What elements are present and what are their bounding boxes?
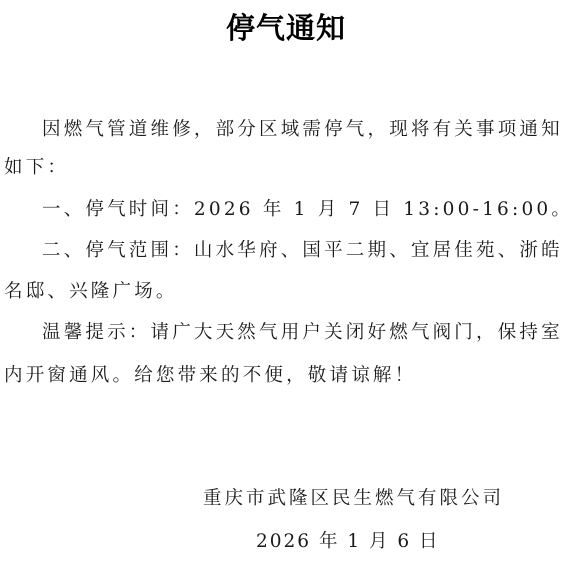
tip-line-2: 内开窗通风。给您带来的不便，敬请谅解！	[4, 363, 416, 389]
intro-line-2: 如下：	[4, 155, 69, 181]
outage-time-line: 一、停气时间：2026 年 1 月 7 日 13:00-16:00。	[42, 197, 572, 223]
outage-scope-line-1: 二、停气范围：山水华府、国平二期、宜居佳苑、浙皓	[42, 238, 563, 264]
company-name: 重庆市武隆区民生燃气有限公司	[203, 486, 504, 512]
tip-line-1: 温馨提示：请广大天然气用户关闭好燃气阀门，保持室	[42, 320, 563, 346]
page-title: 停气通知	[0, 8, 572, 48]
intro-line-1: 因燃气管道维修，部分区域需停气，现将有关事项通知	[42, 117, 563, 143]
signature-date: 2026 年 1 月 6 日	[256, 529, 440, 555]
outage-scope-line-2: 名邸、兴隆广场。	[4, 279, 178, 305]
